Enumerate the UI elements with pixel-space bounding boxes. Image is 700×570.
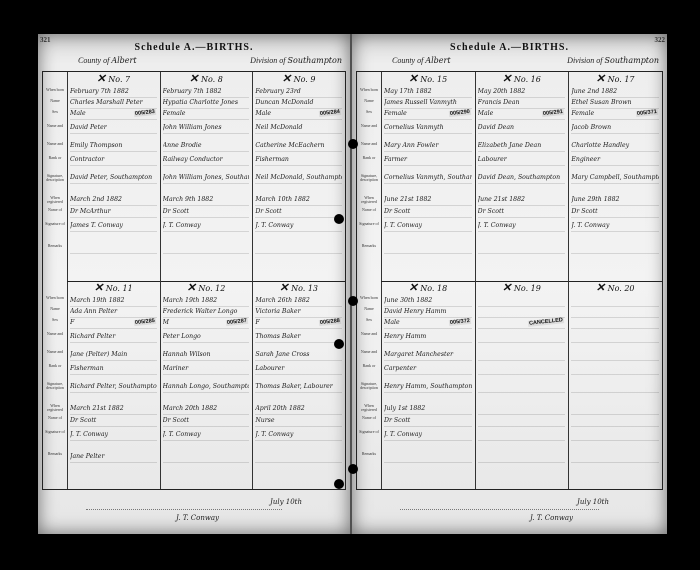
register-entry: ✕ No. 20	[568, 281, 662, 490]
field-remarks	[163, 242, 250, 254]
field-father: Henry Hamm	[384, 331, 472, 343]
field-mother	[478, 349, 566, 361]
row-label: Name	[45, 99, 65, 103]
row-label: Name and	[45, 332, 65, 336]
field-father: Peter Longo	[163, 331, 250, 343]
field-registrar: J. T. Conway	[163, 220, 250, 232]
register-entry: ✕ No. 8February 7th 1882Hypatia Charlott…	[160, 72, 254, 281]
field-remarks: Jane Pelter	[70, 451, 157, 463]
footer-signature: J. T. Conway	[176, 514, 219, 522]
field-father-rank	[571, 363, 659, 375]
entries-top: ✕ No. 15May 17th 1882James Russell Vanmy…	[381, 72, 662, 282]
row-label: Sex	[359, 110, 379, 114]
page-footer: J. T. Conway July 10th	[46, 496, 342, 528]
row-label: Name	[359, 99, 379, 103]
field-remarks	[478, 451, 566, 463]
field-registered: July 1st 1882	[384, 403, 472, 415]
field-remarks	[163, 451, 250, 463]
row-label: Rank or	[45, 156, 65, 160]
field-remarks	[255, 451, 342, 463]
register-entry: ✕ No. 16May 20th 1882Francis DeanMaleDav…	[475, 72, 570, 281]
printed-certification	[400, 504, 599, 510]
row-label: When born	[359, 296, 379, 300]
field-attendant	[478, 415, 566, 427]
field-mother: Margaret Manchester	[384, 349, 472, 361]
row-label: When registered	[45, 196, 65, 204]
register-entry: ✕ No. 7February 7th 1882Charles Marshall…	[67, 72, 161, 281]
field-informant: Neil McDonald, Southampton	[255, 172, 342, 184]
register-entry: ✕ No. 19CANCELLED	[475, 281, 570, 490]
field-attendant: Dr Scott	[384, 206, 472, 218]
field-father: Richard Pelter	[70, 331, 157, 343]
county-line: County of Albert	[78, 56, 137, 65]
register-entry: ✕ No. 17June 2nd 1882Ethel Susan BrownFe…	[568, 72, 662, 281]
field-attendant: Dr Scott	[478, 206, 566, 218]
field-father	[478, 331, 566, 343]
field-remarks	[384, 451, 472, 463]
field-mother: Mary Ann Fowler	[384, 140, 472, 152]
district-line: Division of Southampton	[250, 56, 342, 65]
field-registrar: J. T. Conway	[255, 220, 342, 232]
field-mother: Charlotte Handley	[571, 140, 659, 152]
field-attendant: Dr Scott	[571, 206, 659, 218]
field-father: Jacob Brown	[571, 122, 659, 134]
register-grid: When bornNameSexName andName andRank orS…	[356, 71, 663, 490]
binding-hole	[334, 479, 344, 489]
field-registered	[571, 403, 659, 415]
entry-number: ✕ No. 18	[381, 281, 475, 294]
entry-number: ✕ No. 11	[67, 281, 160, 294]
register-entry: ✕ No. 15May 17th 1882James Russell Vanmy…	[381, 72, 476, 281]
row-label: Name of	[359, 208, 379, 212]
field-informant	[478, 381, 566, 393]
printed-certification	[86, 504, 282, 510]
row-label: When born	[45, 88, 65, 92]
field-registrar: J. T. Conway	[384, 220, 472, 232]
row-label: Sex	[359, 318, 379, 322]
field-father	[571, 331, 659, 343]
entries-bottom: ✕ No. 18June 30th 1882David Henry HammMa…	[381, 281, 662, 490]
row-label: Remarks	[359, 452, 379, 456]
register-entry: ✕ No. 9February 23rdDuncan McDonaldMaleN…	[252, 72, 345, 281]
field-father-rank: Labourer	[478, 154, 566, 166]
row-label: Signature, description	[359, 174, 379, 182]
field-informant	[571, 381, 659, 393]
entry-number: ✕ No. 17	[568, 72, 662, 85]
field-mother: Elizabeth Jane Dean	[478, 140, 566, 152]
field-father-rank: Labourer	[255, 363, 342, 375]
register-entry: ✕ No. 11March 19th 1882Ada Ann PelterFRi…	[67, 281, 161, 490]
row-label: Name	[359, 307, 379, 311]
row-label: Signature, description	[45, 382, 65, 390]
field-mother	[571, 349, 659, 361]
binding-hole	[334, 214, 344, 224]
footer-date: July 10th	[270, 498, 302, 506]
field-registered: June 21st 1882	[478, 194, 566, 206]
field-father-rank: Railway Conductor	[163, 154, 250, 166]
field-registrar	[478, 429, 566, 441]
field-father: Neil McDonald	[255, 122, 342, 134]
row-label: Remarks	[45, 244, 65, 248]
field-registrar: James T. Conway	[70, 220, 157, 232]
entries-top: ✕ No. 7February 7th 1882Charles Marshall…	[67, 72, 345, 282]
field-remarks	[571, 242, 659, 254]
left-page: 321 Schedule A.—BIRTHS. County of Albert…	[38, 34, 350, 534]
row-label: Signature, description	[45, 174, 65, 182]
entry-number: ✕ No. 12	[160, 281, 253, 294]
field-registrar: J. T. Conway	[255, 429, 342, 441]
field-registered: March 2nd 1882	[70, 194, 157, 206]
field-registered: March 20th 1882	[163, 403, 250, 415]
field-mother: Emily Thompson	[70, 140, 157, 152]
schedule-title: Schedule A.—BIRTHS.	[38, 42, 350, 53]
field-father-rank: Fisherman	[255, 154, 342, 166]
row-label: Name and	[359, 142, 379, 146]
field-father: David Peter	[70, 122, 157, 134]
field-registrar	[571, 429, 659, 441]
entry-number: ✕ No. 19	[475, 281, 569, 294]
field-informant: Cornelius Vanmyth, Southampton	[384, 172, 472, 184]
field-mother: Sarah Jane Cross	[255, 349, 342, 361]
field-remarks	[384, 242, 472, 254]
field-registrar: J. T. Conway	[384, 429, 472, 441]
field-informant: Richard Pelter, Southampton	[70, 381, 157, 393]
schedule-title: Schedule A.—BIRTHS.	[352, 42, 667, 53]
field-registrar: J. T. Conway	[70, 429, 157, 441]
register-grid: When bornNameSexName andName andRank orS…	[42, 71, 346, 490]
row-label: Name and	[359, 350, 379, 354]
entry-number: ✕ No. 16	[475, 72, 569, 85]
row-label: Signature of	[359, 430, 379, 434]
row-label-column: When bornNameSexName andName andRank orS…	[43, 72, 68, 489]
field-remarks	[70, 242, 157, 254]
field-informant: David Peter, Southampton	[70, 172, 157, 184]
field-father: David Dean	[478, 122, 566, 134]
row-label: When born	[45, 296, 65, 300]
entry-number: ✕ No. 20	[568, 281, 662, 294]
field-father-rank: Mariner	[163, 363, 250, 375]
district-line: Division of Southampton	[567, 56, 659, 65]
row-label: Rank or	[45, 364, 65, 368]
row-label: Rank or	[359, 156, 379, 160]
row-label: Rank or	[359, 364, 379, 368]
footer-date: July 10th	[577, 498, 609, 506]
row-label: Name and	[359, 332, 379, 336]
field-attendant: Dr Scott	[163, 415, 250, 427]
binding-hole	[334, 339, 344, 349]
county-line: County of Albert	[392, 56, 451, 65]
row-label: Sex	[45, 318, 65, 322]
field-informant: Mary Campbell, Southampton	[571, 172, 659, 184]
row-label: Signature of	[359, 222, 379, 226]
field-father: Thomas Baker	[255, 331, 342, 343]
row-label: Name and	[45, 350, 65, 354]
field-informant: Thomas Baker, Labourer	[255, 381, 342, 393]
field-father-rank: Contractor	[70, 154, 157, 166]
field-registered	[478, 403, 566, 415]
entries-bottom: ✕ No. 11March 19th 1882Ada Ann PelterFRi…	[67, 281, 345, 490]
binding-hole	[348, 139, 358, 149]
right-page: 322 Schedule A.—BIRTHS. County of Albert…	[352, 34, 667, 534]
field-remarks	[478, 242, 566, 254]
field-attendant: Nurse	[255, 415, 342, 427]
row-label: Name	[45, 307, 65, 311]
field-remarks	[571, 451, 659, 463]
entry-number: ✕ No. 9	[252, 72, 345, 85]
field-attendant: Dr Scott	[163, 206, 250, 218]
binding-hole	[348, 296, 358, 306]
field-father-rank	[478, 363, 566, 375]
field-registered: June 29th 1882	[571, 194, 659, 206]
row-label: When registered	[359, 404, 379, 412]
footer-signature: J. T. Conway	[530, 514, 573, 522]
field-registered: March 10th 1882	[255, 194, 342, 206]
field-informant: Henry Hamm, Southampton	[384, 381, 472, 393]
field-father-rank: Fisherman	[70, 363, 157, 375]
row-label: Name of	[359, 416, 379, 420]
field-attendant: Dr Scott	[70, 415, 157, 427]
field-father: Cornelius Vanmyth	[384, 122, 472, 134]
field-registered: April 20th 1882	[255, 403, 342, 415]
field-attendant: Dr McArthur	[70, 206, 157, 218]
field-registered: March 9th 1882	[163, 194, 250, 206]
field-attendant: Dr Scott	[384, 415, 472, 427]
row-label: Signature of	[45, 222, 65, 226]
field-registered: March 21st 1882	[70, 403, 157, 415]
register-entry: ✕ No. 18June 30th 1882David Henry HammMa…	[381, 281, 476, 490]
row-label: Signature, description	[359, 382, 379, 390]
field-informant: Hannah Longo, Southampton	[163, 381, 250, 393]
field-sex: Female	[163, 108, 250, 120]
register-entry: ✕ No. 13March 26th 1882Victoria BakerFTh…	[252, 281, 345, 490]
field-father: John William Jones	[163, 122, 250, 134]
row-label: Name and	[45, 124, 65, 128]
page-footer: J. T. Conway July 10th	[360, 496, 659, 528]
row-label: Sex	[45, 110, 65, 114]
field-mother: Catherine McEachern	[255, 140, 342, 152]
binding-hole	[348, 464, 358, 474]
field-father-rank: Engineer	[571, 154, 659, 166]
field-registrar: J. T. Conway	[478, 220, 566, 232]
field-registrar: J. T. Conway	[163, 429, 250, 441]
register-entry: ✕ No. 12March 19th 1882Frederick Walter …	[160, 281, 254, 490]
row-label: Remarks	[359, 244, 379, 248]
field-mother: Anne Brodie	[163, 140, 250, 152]
row-label: When registered	[45, 404, 65, 412]
row-label-column: When bornNameSexName andName andRank orS…	[357, 72, 382, 489]
row-label: When born	[359, 88, 379, 92]
field-mother: Jane (Pelter) Main	[70, 349, 157, 361]
entry-number: ✕ No. 15	[381, 72, 475, 85]
row-label: Name of	[45, 208, 65, 212]
field-father-rank: Carpenter	[384, 363, 472, 375]
row-label: Signature of	[45, 430, 65, 434]
field-attendant: Dr Scott	[255, 206, 342, 218]
row-label: Name and	[359, 124, 379, 128]
field-remarks	[255, 242, 342, 254]
field-attendant	[571, 415, 659, 427]
field-mother: Hannah Wilson	[163, 349, 250, 361]
field-father-rank: Farmer	[384, 154, 472, 166]
row-label: Name of	[45, 416, 65, 420]
entry-number: ✕ No. 13	[252, 281, 345, 294]
row-label: When registered	[359, 196, 379, 204]
field-registered: June 21st 1882	[384, 194, 472, 206]
entry-number: ✕ No. 7	[67, 72, 160, 85]
field-sex	[571, 317, 659, 329]
row-label: Remarks	[45, 452, 65, 456]
field-informant: John William Jones, Southampton	[163, 172, 250, 184]
field-registrar: J. T. Conway	[571, 220, 659, 232]
field-informant: David Dean, Southampton	[478, 172, 566, 184]
entry-number: ✕ No. 8	[160, 72, 253, 85]
row-label: Name and	[45, 142, 65, 146]
